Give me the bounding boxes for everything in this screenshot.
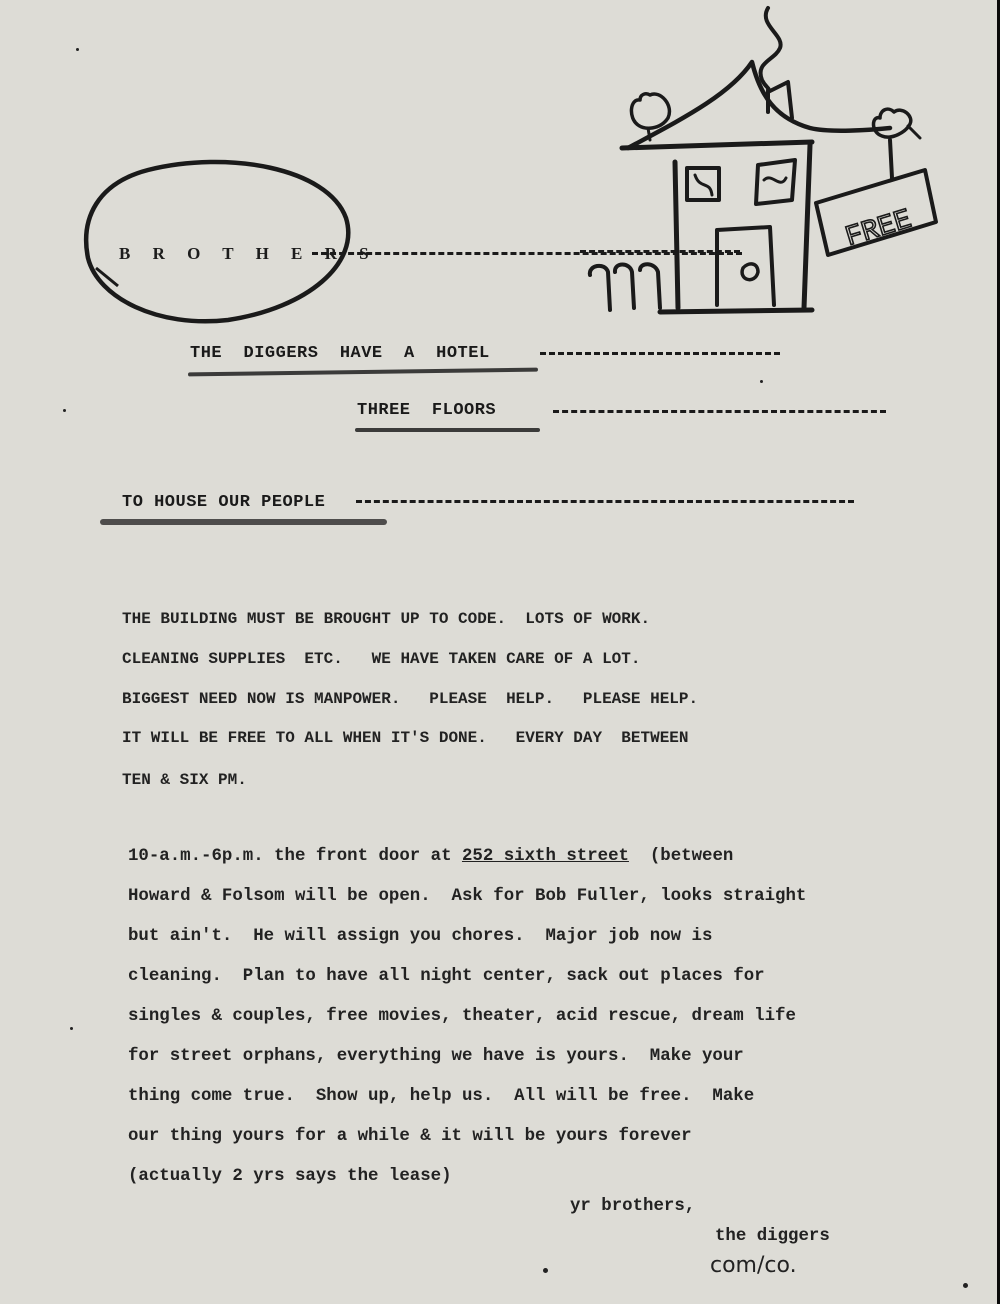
body-line: for street orphans, everything we have i…	[128, 1047, 744, 1066]
body-line: cleaning. Plan to have all night center,…	[128, 967, 765, 986]
house-drawing: FREE	[580, 0, 940, 320]
heading-house-people: TO HOUSE OUR PEOPLE	[122, 493, 325, 512]
body-line: (actually 2 yrs says the lease)	[128, 1167, 452, 1186]
dashed-line-people	[356, 500, 854, 503]
signature-name: the diggers	[715, 1227, 830, 1246]
dashed-line-hotel	[540, 352, 780, 355]
free-sign-text: FREE	[842, 205, 915, 254]
caps-line: TEN & SIX PM.	[122, 771, 247, 789]
caps-line: THE BUILDING MUST BE BROUGHT UP TO CODE.…	[122, 610, 650, 628]
speck	[760, 380, 763, 383]
underline-hotel	[188, 368, 538, 377]
dashed-line-floors	[553, 410, 886, 413]
speck	[76, 48, 79, 51]
speck	[63, 409, 66, 412]
body-line: Howard & Folsom will be open. Ask for Bo…	[128, 887, 806, 906]
signature-mark: com/co.	[710, 1253, 797, 1278]
underline-people	[100, 519, 387, 525]
caps-line: IT WILL BE FREE TO ALL WHEN IT'S DONE. E…	[122, 729, 689, 747]
underline-floors	[355, 428, 540, 432]
closing: yr brothers,	[570, 1197, 695, 1216]
speck	[70, 1027, 73, 1030]
body-line: thing come true. Show up, help us. All w…	[128, 1087, 754, 1106]
dashed-line-house	[580, 250, 740, 253]
body-line: but ain't. He will assign you chores. Ma…	[128, 927, 712, 946]
speck	[963, 1283, 968, 1288]
body-line-address: 10-a.m.-6p.m. the front door at 252 sixt…	[128, 847, 733, 866]
body-line: our thing yours for a while & it will be…	[128, 1127, 692, 1146]
heading-hotel: THE DIGGERS HAVE A HOTEL	[190, 344, 490, 363]
body-line: singles & couples, free movies, theater,…	[128, 1007, 796, 1026]
address-text: 252 sixth street	[462, 847, 629, 866]
heading-three-floors: THREE FLOORS	[357, 401, 496, 420]
speck	[543, 1268, 548, 1273]
caps-line: BIGGEST NEED NOW IS MANPOWER. PLEASE HEL…	[122, 690, 698, 708]
caps-line: CLEANING SUPPLIES ETC. WE HAVE TAKEN CAR…	[122, 650, 640, 668]
